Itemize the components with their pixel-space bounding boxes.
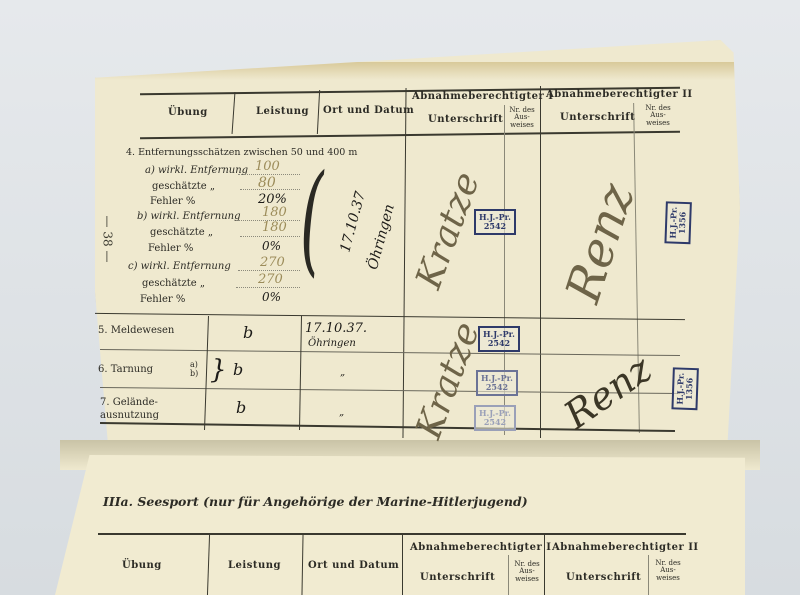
section-3a-title: IIIa. Seesport (nur für Angehörige der M…	[103, 496, 528, 509]
col-divider	[540, 86, 541, 438]
row-label: Fehler %	[148, 244, 193, 254]
row-label: b) wirkl. Entfernung	[137, 212, 241, 222]
stamp-line2: 1356	[677, 207, 687, 239]
id-stamp-row6: H.J.-Pr. 2542	[476, 370, 518, 396]
header-unterschrift-1-3a: Unterschrift	[420, 573, 495, 583]
row-value: 270	[258, 273, 283, 286]
header-nr-ausweis-1-3a: Nr. des Aus-weises	[510, 561, 544, 583]
row-value: 180	[262, 221, 287, 234]
row7-leistung: b	[236, 400, 246, 416]
dotted-line	[240, 236, 300, 237]
booklet-bottom-page	[55, 455, 745, 595]
row-value: 180	[262, 206, 287, 219]
header-ort-datum: Ort und Datum	[323, 106, 414, 116]
header-abnahme-2: Abnahmeberechtigter II	[546, 90, 693, 100]
id-stamp-examiner-1: H.J.-Pr. 2542	[474, 209, 516, 235]
dotted-line	[240, 189, 300, 190]
stamp-line2: 2542	[483, 339, 515, 348]
id-stamp-examiner-2: H.J.-Pr. 1356	[664, 201, 691, 244]
brace: (	[300, 160, 323, 280]
row-label: Fehler %	[150, 197, 195, 207]
row7-label: 7. Gelände-ausnutzung	[100, 396, 200, 422]
header-leistung: Leistung	[256, 107, 309, 117]
header-leistung-3a: Leistung	[228, 561, 281, 571]
row-value: 0%	[262, 240, 281, 252]
row6-leistung: b	[233, 362, 243, 378]
row7-ditto: „	[339, 408, 344, 418]
header-ort-datum-3a: Ort und Datum	[308, 561, 399, 571]
col-divider	[402, 535, 403, 595]
header-nr-ausweis-2: Nr. des Aus-weises	[640, 105, 676, 127]
row-label: geschätzte „	[152, 182, 215, 192]
row-value: 80	[258, 176, 276, 190]
header-uebung: Übung	[168, 108, 208, 118]
col-divider-thin	[508, 555, 509, 595]
row6-label: 6. Tarnung	[98, 365, 153, 375]
row6-ditto: „	[340, 368, 345, 378]
row5-date: 17.10.37.	[305, 322, 367, 335]
stamp-line2: 2542	[481, 383, 513, 392]
stamp-line2: 1356	[684, 373, 694, 405]
header-nr-ausweis-1: Nr. des Aus-weises	[505, 107, 539, 129]
row-value: 0%	[262, 291, 281, 303]
stamp-line2: 2542	[479, 222, 511, 231]
row5-place: Öhringen	[308, 339, 356, 349]
row5-label: 5. Meldewesen	[98, 326, 174, 336]
row5-leistung: b	[243, 325, 253, 341]
id-stamp-row5: H.J.-Pr. 2542	[478, 326, 520, 352]
row-label: a) wirkl. Entfernung	[145, 166, 248, 176]
header-nr-ausweis-2-3a: Nr. des Aus-weises	[650, 560, 686, 582]
header-unterschrift-2-3a: Unterschrift	[566, 573, 641, 583]
row-value: 270	[260, 256, 285, 269]
header-abnahme-1-3a: Abnahmeberechtigter I	[410, 543, 551, 553]
row6-brace: }	[210, 357, 227, 383]
id-stamp-row7: H.J.-Pr. 2542	[474, 405, 516, 431]
row6-sub: a) b)	[190, 361, 198, 379]
dotted-line	[236, 287, 300, 288]
page-number: — 38 —	[100, 216, 114, 263]
row-value: 100	[255, 160, 280, 173]
dotted-line	[238, 270, 300, 271]
row-label: Fehler %	[140, 295, 185, 305]
row-label: geschätzte „	[150, 228, 213, 238]
col-divider-thin	[648, 555, 649, 595]
stamp-line2: 2542	[479, 418, 511, 427]
header-unterschrift-1: Unterschrift	[428, 115, 503, 125]
header-abnahme-2-3a: Abnahmeberechtigter II	[552, 543, 699, 553]
header-uebung-3a: Übung	[122, 561, 162, 571]
row-label: c) wirkl. Entfernung	[128, 262, 231, 272]
header-abnahme-1: Abnahmeberechtigter I	[412, 92, 553, 102]
header-unterschrift-2: Unterschrift	[560, 113, 635, 123]
row-label: geschätzte „	[142, 279, 205, 289]
id-stamp-examiner-2-rows5-7: H.J.-Pr. 1356	[671, 367, 698, 410]
table-top-rule	[98, 533, 686, 535]
